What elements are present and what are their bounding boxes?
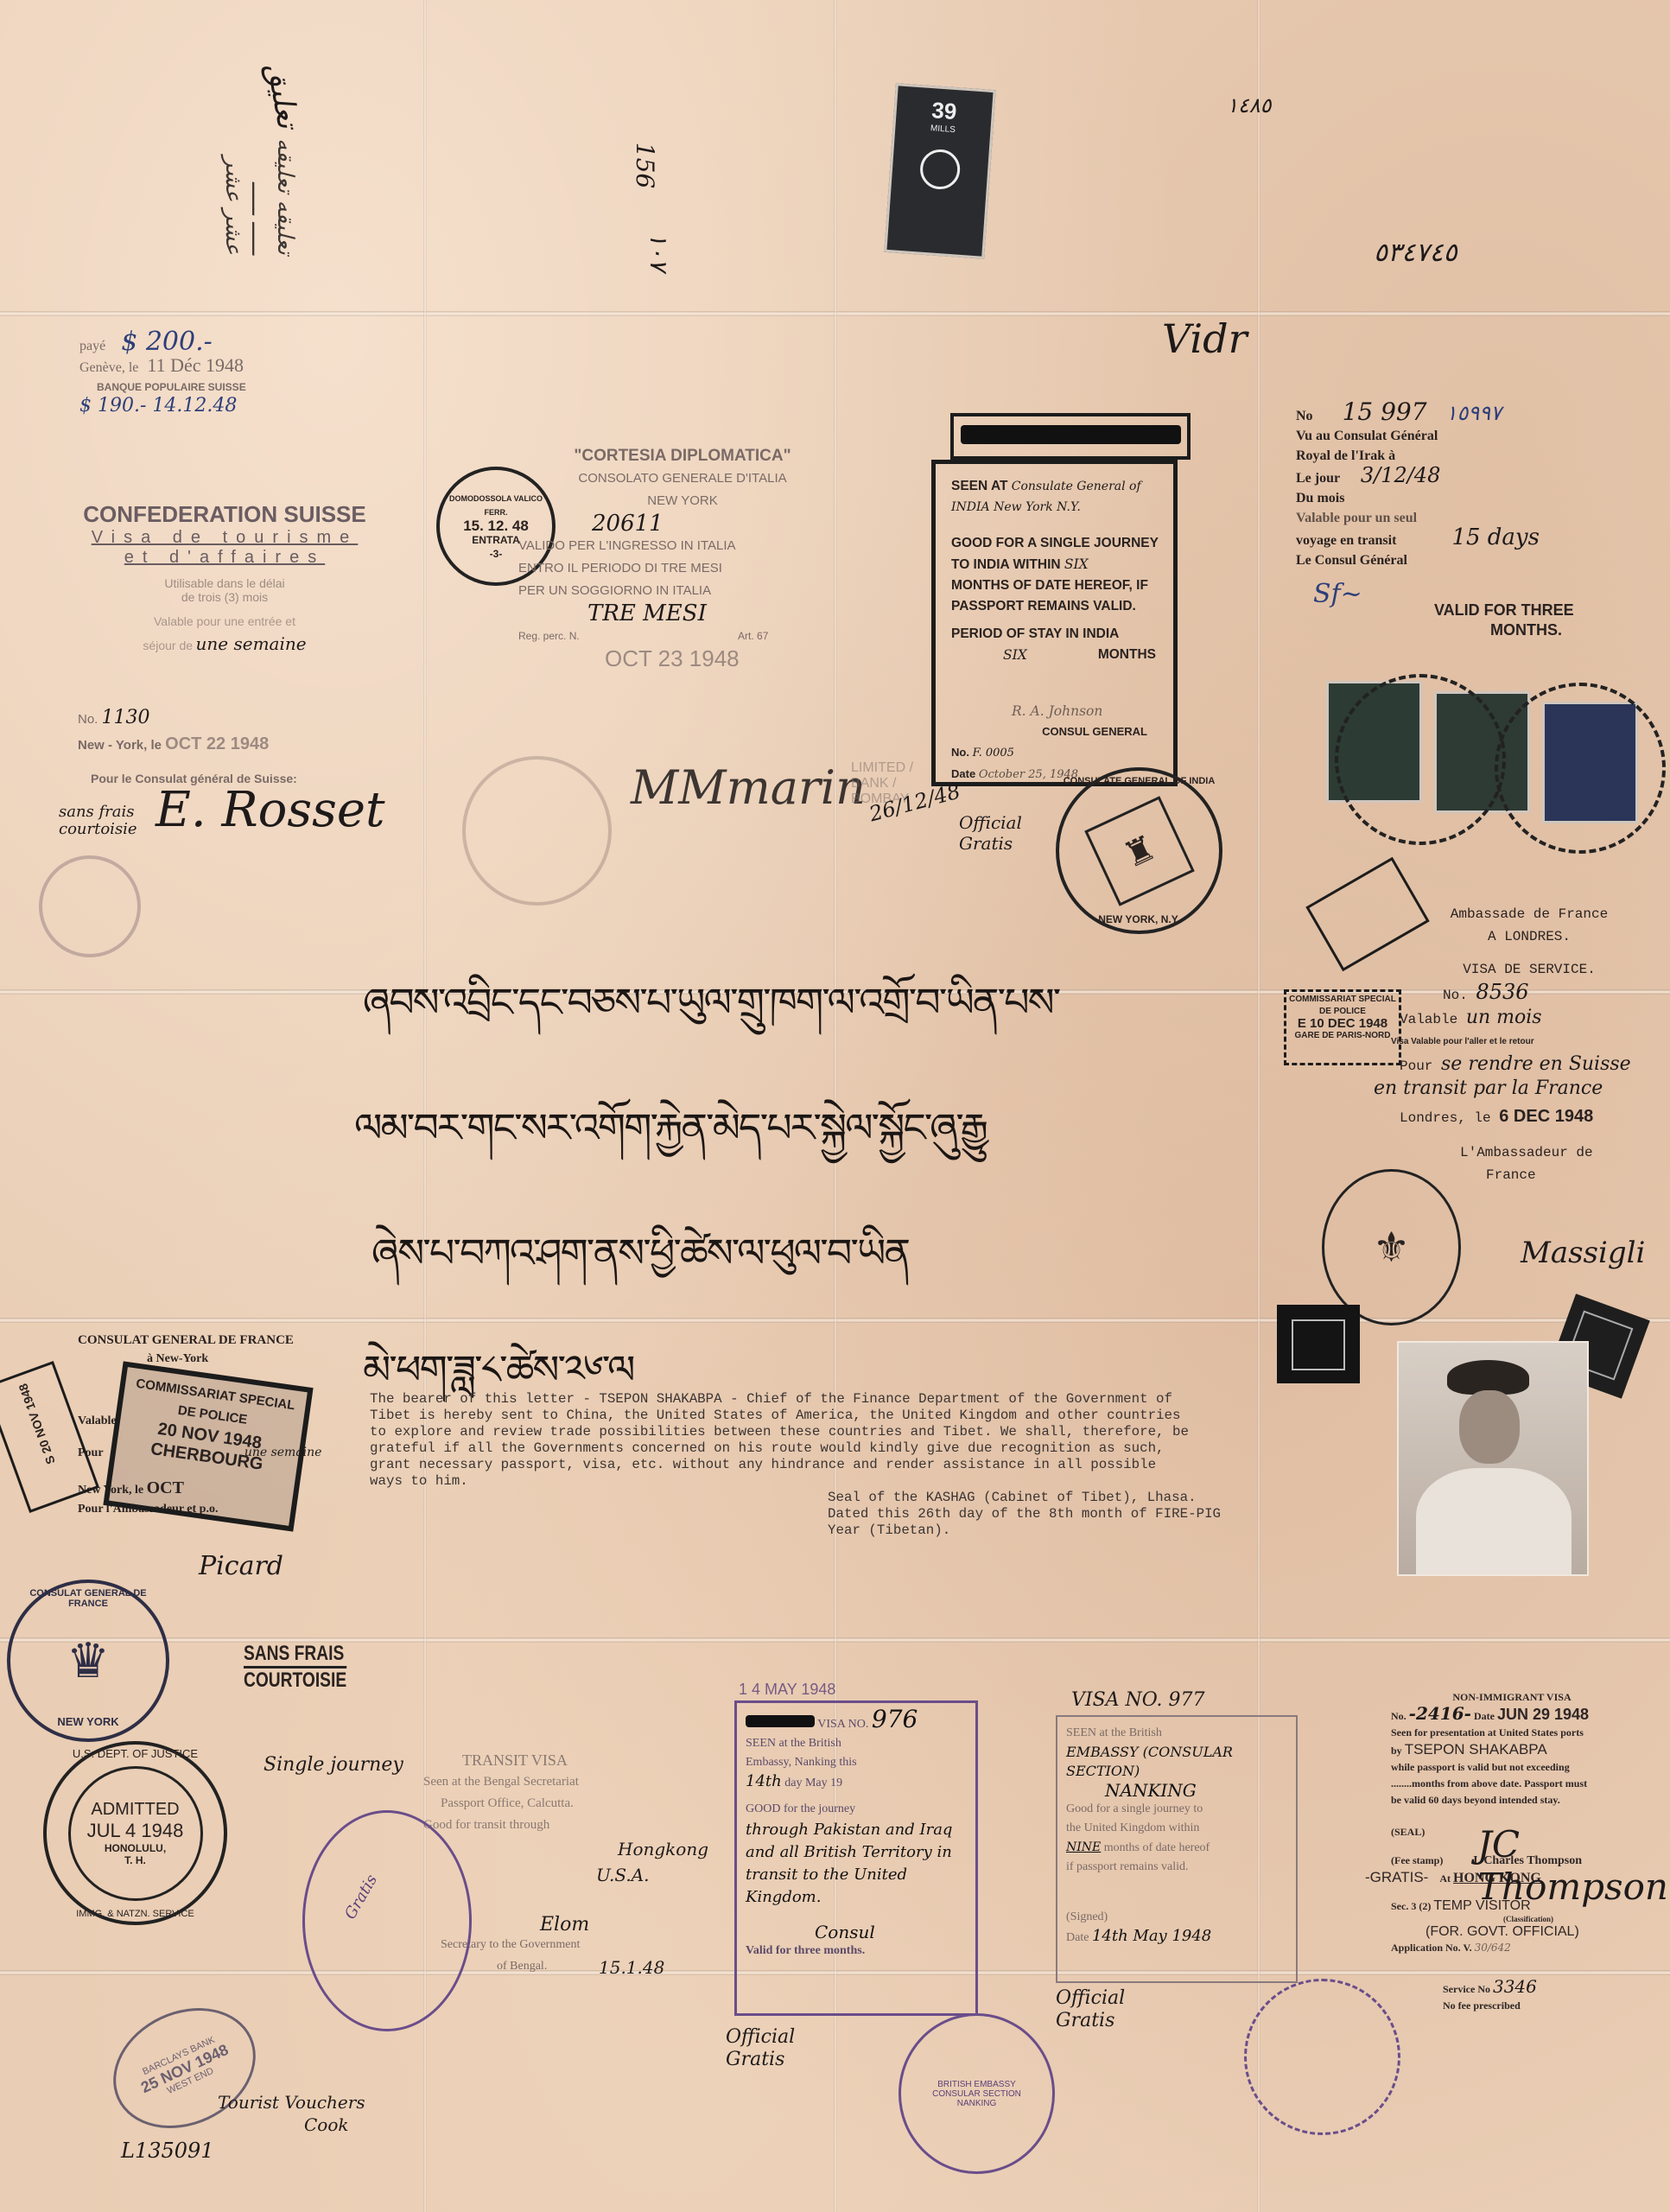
us-visa-no-fee: No fee prescribed: [1443, 1998, 1659, 2014]
admitted-place-2: T. H.: [124, 1854, 146, 1866]
us-visa-line-3: ........months from above date. Passport…: [1391, 1776, 1659, 1792]
visa-976-line-2: Embassy, Nanking this: [746, 1753, 967, 1772]
us-visa-no-value: -2416-: [1409, 1703, 1471, 1724]
swiss-visa-line-4-value: une semaine: [196, 633, 307, 654]
fr-london-pour-value-1: se rendre en Suisse: [1441, 1053, 1631, 1075]
fr-london-ambassador-1: L'Ambassadeur de: [1460, 1141, 1659, 1164]
italy-visa-title: "CORTESIA DIPLOMATICA": [518, 445, 847, 467]
admitted-label: ADMITTED: [91, 1800, 179, 1820]
fr-london-no-label: No.: [1443, 988, 1468, 1003]
india-visa-line-3: MONTHS OF DATE HEREOF, IF: [951, 575, 1165, 596]
swiss-fee-note: sans frais courtoisie: [59, 804, 137, 838]
india-visa-line-6-label: MONTHS: [1098, 645, 1156, 665]
note-107: ١٠٧: [645, 232, 673, 271]
swiss-visa-place-date: New - York, le OCT 22 1948: [78, 734, 269, 754]
us-visa-line-2: while passport is valid but not exceedin…: [1391, 1759, 1659, 1776]
letter-line: The bearer of this letter - TSEPON SHAKA…: [370, 1391, 1389, 1408]
us-admitted-stamp: ADMITTED JUL 4 1948 HONOLULU, T. H. U.S.…: [43, 1741, 227, 1925]
british-seal-text: BRITISH EMBASSY CONSULAR SECTION NANKING: [930, 2080, 1025, 2108]
visa-976-route: through Pakistan and Iraq and all Britis…: [746, 1819, 967, 1909]
no-value: 1130: [102, 707, 150, 728]
iraq-transit-line-1: Valable pour un seul: [1296, 508, 1659, 528]
bengal-title: TRANSIT VISA: [462, 1750, 700, 1771]
italy-visa-duration: TRE MESI: [518, 602, 847, 625]
visa-977-gratis: Gratis: [1056, 2010, 1125, 2032]
fr-london-pour-value-2: en transit par la France: [1374, 1077, 1659, 1100]
bengal-line-1: Seen at the Bengal Secretariat: [423, 1771, 700, 1793]
british-visa-977: SEEN at the British EMBASSY (CONSULAR SE…: [1056, 1715, 1298, 1983]
hat-icon: [1447, 1360, 1529, 1395]
fr-london-ambassador-2: France: [1486, 1164, 1659, 1186]
police-line-3: GARE DE PARIS-NORD: [1286, 1030, 1399, 1042]
place-label: New - York, le: [78, 738, 162, 753]
paye-label: payé: [79, 339, 105, 353]
india-visa-line-2-value: SIX: [1064, 556, 1089, 572]
fr-ny-title: CONSULAT GENERAL DE FRANCE: [78, 1331, 337, 1350]
france-london-visa: Ambassade de France A LONDRES. VISA DE S…: [1400, 903, 1659, 1186]
fr-london-line-2: A LONDRES.: [1400, 925, 1659, 948]
british-976-date-stamp: 1 4 MAY 1948: [739, 1681, 835, 1699]
swiss-visa-title: CONFEDERATION SUISSE: [52, 501, 397, 528]
fr-london-place-date: 6 DEC 1948: [1499, 1107, 1593, 1126]
gratis-label: Gratis: [959, 833, 1022, 854]
us-visa-date-value: JUN 29 1948: [1497, 1706, 1589, 1723]
italy-visa-number: 20611: [518, 512, 847, 535]
fr-london-pour-label: Pour: [1400, 1058, 1432, 1074]
visa-977-line-5: the United Kingdom within: [1066, 1819, 1287, 1838]
visa-976-good-label: GOOD for the journey: [746, 1800, 967, 1819]
us-visa-service-label: Service No: [1443, 1983, 1490, 1995]
paye-value: $ 200.-: [121, 327, 213, 357]
france-london-seal: ⚜: [1322, 1169, 1461, 1325]
us-visa-classification: (Classification): [1503, 1915, 1659, 1923]
single-journey-note: Single journey: [264, 1754, 403, 1776]
police-date: E 10 DEC 1948: [1286, 1018, 1399, 1030]
fee-note-1: sans frais: [59, 804, 137, 821]
fr-ny-signature: Picard: [199, 1551, 283, 1581]
visa-977-line-6: months of date hereof: [1104, 1841, 1210, 1854]
iraq-consul-signature: Sf~: [1313, 579, 1362, 609]
letter-seal-line: Seal of the KASHAG (Cabinet of Tibet), L…: [828, 1490, 1389, 1506]
visa-977-date-label: Date: [1066, 1931, 1089, 1944]
redacted-text: [961, 425, 1181, 444]
visa-977-date-value: 14th May 1948: [1092, 1927, 1211, 1945]
visa-977-line-7: if passport remains valid.: [1066, 1858, 1287, 1877]
fr-london-note: Visa Valable pour l'aller et le retour: [1391, 1031, 1659, 1053]
fr-london-signature: Massigli: [1521, 1236, 1645, 1270]
fr-london-line-3: VISA DE SERVICE.: [1400, 958, 1659, 981]
tourist-note-2: Cook: [304, 2113, 365, 2136]
swiss-visa-number: No. 1130: [78, 707, 150, 728]
revenue-stamp: 39 MILLS: [884, 83, 995, 259]
fr-london-valable-label: Valable: [1400, 1012, 1457, 1027]
seal-pattern-icon: [1292, 1319, 1345, 1370]
india-no-value: F. 0005: [973, 747, 1014, 760]
side-police-date: S 20 NOV 1948: [16, 1382, 58, 1466]
police-line-1: COMMISSARIAT SPECIAL: [1286, 994, 1399, 1006]
iraq-consulate-seal: [1335, 674, 1506, 845]
iraq-date-value: 3/12/48: [1361, 463, 1441, 487]
tourist-note-1: Tourist Vouchers: [218, 2091, 365, 2113]
payment-note: $ 190.- 14.12.48: [79, 397, 246, 416]
india-visa-line-4: PASSPORT REMAINS VALID.: [951, 596, 1165, 617]
geneve-date: 11 Déc 1948: [147, 354, 244, 376]
letter-date-line: Dated this 26th day of the 8th month of …: [828, 1506, 1389, 1522]
bengal-line-2: Passport Office, Calcutta.: [441, 1793, 700, 1815]
redacted-text: [746, 1715, 815, 1727]
iraq-valid-note-2: MONTHS.: [1490, 620, 1659, 640]
sans-frais-stamp: SANS FRAIS COURTOISIE: [244, 1642, 346, 1693]
iraq-line-1: Vu au Consulat Général: [1296, 426, 1659, 446]
liberty-figure-icon: ♛: [67, 1633, 110, 1689]
tibetan-script-line: ལམ་བར་གང་སར་འགོག་རྐྱེན་མེད་པར་སྐྱེལ་སྐྱོ…: [354, 1084, 987, 1196]
reference-number: L135091: [121, 2139, 214, 2163]
admitted-date: JUL 4 1948: [87, 1820, 184, 1842]
india-consul-title: CONSUL GENERAL: [951, 721, 1147, 742]
iraq-consulate-seal: [1495, 683, 1666, 854]
bengal-line-end: of Bengal.: [497, 1960, 547, 1974]
paris-police-stamp: COMMISSARIAT SPECIAL DE POLICE E 10 DEC …: [1284, 989, 1401, 1065]
iraq-valid-note-1: VALID FOR THREE: [1434, 601, 1659, 620]
visa-977-signed: (Signed): [1066, 1908, 1287, 1927]
visa-976-no-value: 976: [872, 1705, 918, 1733]
swiss-visa-line-4-label: séjour de: [143, 639, 193, 652]
bengal-route-2: U.S.A.: [596, 1865, 650, 1885]
italy-visa-line-1: CONSOLATO GENERALE D'ITALIA: [518, 467, 847, 490]
tibetan-script-line: ཞབས་འབྲིང་དང་བཅས་པ་ཡུལ་གྲུ་ཁག་ལ་འགྲོ་བ་ཡ…: [363, 959, 1059, 1071]
swiss-visa-subtitle-2: et d'affaires: [52, 548, 397, 568]
bengal-date: 15.1.48: [599, 1957, 664, 1978]
swiss-visa-subtitle-1: Visa de tourisme: [52, 528, 397, 548]
face-icon: [1459, 1390, 1520, 1464]
iraq-transit-line-2: voyage en transit: [1296, 533, 1396, 548]
bengal-transit-visa: TRANSIT VISA Seen at the Bengal Secretar…: [423, 1750, 700, 1836]
india-visa-header-box: [950, 413, 1191, 460]
letter-year-line: Year (Tibetan).: [828, 1522, 1389, 1539]
fr-ny-seal-text: CONSULAT GENERAL DE FRANCE: [10, 1588, 166, 1609]
robe-icon: [1416, 1468, 1572, 1576]
india-visa-line-6-value: SIX: [1003, 647, 1027, 663]
admitted-place-1: HONOLULU,: [105, 1842, 166, 1854]
iraq-line-2: Royal de l'Irak à: [1296, 446, 1659, 466]
tourist-vouchers-note: Tourist Vouchers Cook: [218, 2091, 365, 2136]
italy-visa-line-6b: Art. 67: [738, 630, 768, 642]
us-visa-line-4: be valid 60 days beyond intended stay.: [1391, 1792, 1659, 1808]
bank-name: BANQUE POPULAIRE SUISSE: [97, 378, 246, 397]
visa-977-line-4: Good for a single journey to: [1066, 1800, 1287, 1819]
swiss-faded-seal: [39, 855, 141, 957]
us-visa-gratis: -GRATIS-: [1365, 1869, 1428, 1885]
us-visa-sec-label: Sec. 3 (2): [1391, 1900, 1431, 1912]
iraq-no-arabic: ١٥٩٩٧: [1446, 401, 1502, 425]
fee-note-2: courtoisie: [59, 821, 137, 838]
portrait-photo: [1397, 1341, 1589, 1576]
letter-line: ways to him.: [370, 1473, 1389, 1490]
india-visa-line-1: GOOD FOR A SINGLE JOURNEY: [951, 533, 1165, 554]
fr-london-place-label: Londres, le: [1400, 1110, 1491, 1126]
india-no-label: No.: [951, 746, 969, 759]
italy-visa: "CORTESIA DIPLOMATICA" CONSOLATO GENERAL…: [518, 445, 847, 670]
swiss-visa-line-2: de trois (3) mois: [52, 590, 397, 604]
letter-line: grateful if all the Governments concerne…: [370, 1440, 1389, 1457]
us-visa-line-1: Seen for presentation at United States p…: [1391, 1725, 1659, 1741]
us-visa-no-label: No.: [1391, 1710, 1406, 1722]
india-visa-line-5: PERIOD OF STAY IN INDIA: [951, 624, 1165, 645]
persian-handwritten-notes: تعلیقه تعلیقه ـــــ ـــــ عشر عشر: [56, 56, 298, 255]
india-seal-text: CONSULATE GENERAL OF INDIA: [1059, 776, 1219, 786]
kashag-seal: [1277, 1305, 1360, 1383]
letter-line: Tibet is hereby sent to China, the Unite…: [370, 1408, 1389, 1424]
british-embassy-seal: [1244, 1979, 1400, 2135]
admitted-bottom: IMMG. & NATZN. SERVICE: [47, 1909, 224, 1919]
swiss-signature: E. Rosset: [156, 782, 384, 838]
swiss-payment-stamp: payé $ 200.- Genève, le 11 Déc 1948 BANQ…: [79, 333, 246, 416]
iraq-consul: Le Consul Général: [1296, 550, 1659, 570]
seen-at-label: SEEN AT: [951, 479, 1007, 493]
visa-977-official: Official: [1056, 1987, 1125, 2010]
bengal-route-1: Hongkong: [618, 1839, 708, 1859]
kashag-letter: The bearer of this letter - TSEPON SHAKA…: [370, 1391, 1389, 1539]
fr-ny-seal-bottom: NEW YORK: [10, 1715, 166, 1728]
visa-976-note: Official Gratis: [726, 2026, 795, 2071]
india-consul-signature: R. A. Johnson: [1012, 701, 1165, 721]
us-visa-sec-note: (FOR. GOVT. OFFICIAL): [1426, 1923, 1659, 1940]
india-visa-line-2-label: TO INDIA WITHIN: [951, 557, 1061, 572]
fr-london-no-value: 8536: [1476, 980, 1528, 1004]
fr-london-valable-value: un mois: [1466, 1007, 1542, 1028]
arabic-handwriting: ١٤٨٥: [1227, 93, 1272, 118]
visa-976-day: 14th: [746, 1772, 782, 1790]
bengal-line-3: Good for transit through: [423, 1815, 700, 1836]
india-seal-bottom: NEW YORK, N.Y.: [1059, 913, 1219, 925]
us-visa-date-label: Date: [1474, 1710, 1495, 1722]
arabic-handwriting: ٥٣٤٧٤٥: [1374, 238, 1457, 268]
iraq-date-label: Le jour: [1296, 471, 1340, 486]
bengal-oval-seal: [302, 1810, 472, 2031]
british-visa-976: VISA NO. 976 SEEN at the British Embassy…: [734, 1700, 978, 2016]
fr-london-line-1: Ambassade de France: [1400, 903, 1659, 925]
france-ny-consulate-seal: ♛ CONSULAT GENERAL DE FRANCE NEW YORK: [7, 1580, 169, 1742]
visa-977-months-value: NINE: [1066, 1840, 1101, 1854]
courtoisie-label: COURTOISIE: [244, 1669, 346, 1693]
visa-976-day-label: day May 19: [784, 1777, 842, 1789]
sans-frais-label: SANS FRAIS: [244, 1642, 346, 1669]
note-156: 156: [631, 143, 659, 188]
us-visa-by-value: TSEPON SHAKABPA: [1405, 1741, 1547, 1758]
british-embassy-seal: BRITISH EMBASSY CONSULAR SECTION NANKING: [898, 2013, 1055, 2174]
visa-977-line-1: SEEN at the British: [1066, 1724, 1287, 1743]
us-visa-fee: (Fee stamp): [1391, 1854, 1443, 1866]
italy-visa-line-5: PER UN SOGGIORNO IN ITALIA: [518, 580, 847, 602]
admitted-top: U.S. DEPT. OF JUSTICE: [47, 1747, 224, 1760]
fr-ny-subtitle: à New-York: [147, 1350, 337, 1369]
visa-976-line-1: SEEN at the British: [746, 1734, 967, 1753]
india-visa: SEEN AT Consulate General of INDIA New Y…: [931, 460, 1178, 786]
italy-visa-line-4: ENTRO IL PERIODO DI TRE MESI: [518, 557, 847, 580]
visa-976-no-label: VISA NO.: [817, 1718, 868, 1731]
marianne-icon: ⚜: [1373, 1224, 1410, 1272]
us-visa-signature: JC Thompson: [1477, 1823, 1670, 1908]
cherbourg-police-stamp: COMMISSARIAT SPECIAL DE POLICE 20 NOV 19…: [103, 1361, 313, 1531]
iraq-month-label: Du mois: [1296, 488, 1659, 508]
swiss-visa: CONFEDERATION SUISSE Visa de tourisme et…: [52, 501, 397, 654]
faded-round-stamp: [462, 756, 612, 906]
visa-976-gratis: Gratis: [726, 2049, 795, 2071]
italy-visa-line-6: Reg. perc. N.: [518, 630, 580, 642]
italy-signature: MMmarin: [631, 760, 866, 815]
us-visa-app-value: 30/642: [1475, 1942, 1511, 1954]
italy-visa-line-3: VALIDO PER L'INGRESSO IN ITALIA: [518, 535, 847, 557]
italy-visa-line-2: NEW YORK: [518, 490, 847, 512]
india-official-note: Official Gratis: [959, 812, 1022, 854]
lion-capital-icon: ♜: [1084, 796, 1195, 906]
iraq-no-label: No: [1296, 409, 1313, 423]
visa-977-line-3: NANKING: [1105, 1781, 1287, 1800]
crescent-icon: [919, 148, 962, 190]
visa-976-valid: Valid for three months.: [746, 1942, 967, 1961]
swiss-visa-line-3: Valable pour une entrée et: [52, 614, 397, 628]
us-visa-at-label: At: [1439, 1872, 1451, 1885]
visa-977-number: VISA NO. 977: [1071, 1689, 1205, 1711]
italy-visa-date: OCT 23 1948: [518, 647, 847, 670]
us-visa-by-label: by: [1391, 1745, 1402, 1757]
iraq-transit-value: 15 days: [1451, 524, 1540, 550]
iraq-no-value: 15 997: [1343, 397, 1427, 426]
tibetan-script-line: ཞེས་པ་བཀའ་ཤག་ནས་ཕྱི་ཚེས་ལ་ཕུལ་བ་ཡིན: [371, 1210, 909, 1321]
official-label: Official: [959, 812, 1022, 833]
swiss-visa-line-1: Utilisable dans le délai: [52, 576, 397, 590]
place-date: OCT 22 1948: [165, 734, 269, 753]
letter-line: grant necessary passport, visa, etc. wit…: [370, 1457, 1389, 1473]
visa-977-line-2: EMBASSY (CONSULAR SECTION): [1066, 1743, 1287, 1781]
no-label: No.: [78, 712, 98, 727]
geneve-label: Genève, le: [79, 360, 138, 375]
us-visa-service-value: 3346: [1493, 1976, 1537, 1997]
letter-line: to explore and review trade possibilitie…: [370, 1424, 1389, 1440]
india-consulate-seal: ♜ CONSULATE GENERAL OF INDIA NEW YORK, N…: [1056, 767, 1222, 934]
visa-977-note: Official Gratis: [1056, 1987, 1125, 2032]
visa-976-consul: Consul: [815, 1923, 967, 1942]
india-date-label: Date: [951, 767, 975, 780]
us-visa-app-label: Application No. V.: [1391, 1942, 1472, 1954]
visa-976-official: Official: [726, 2026, 795, 2049]
bengal-signature: Elom: [540, 1914, 589, 1935]
signature: Vidr: [1162, 315, 1248, 362]
